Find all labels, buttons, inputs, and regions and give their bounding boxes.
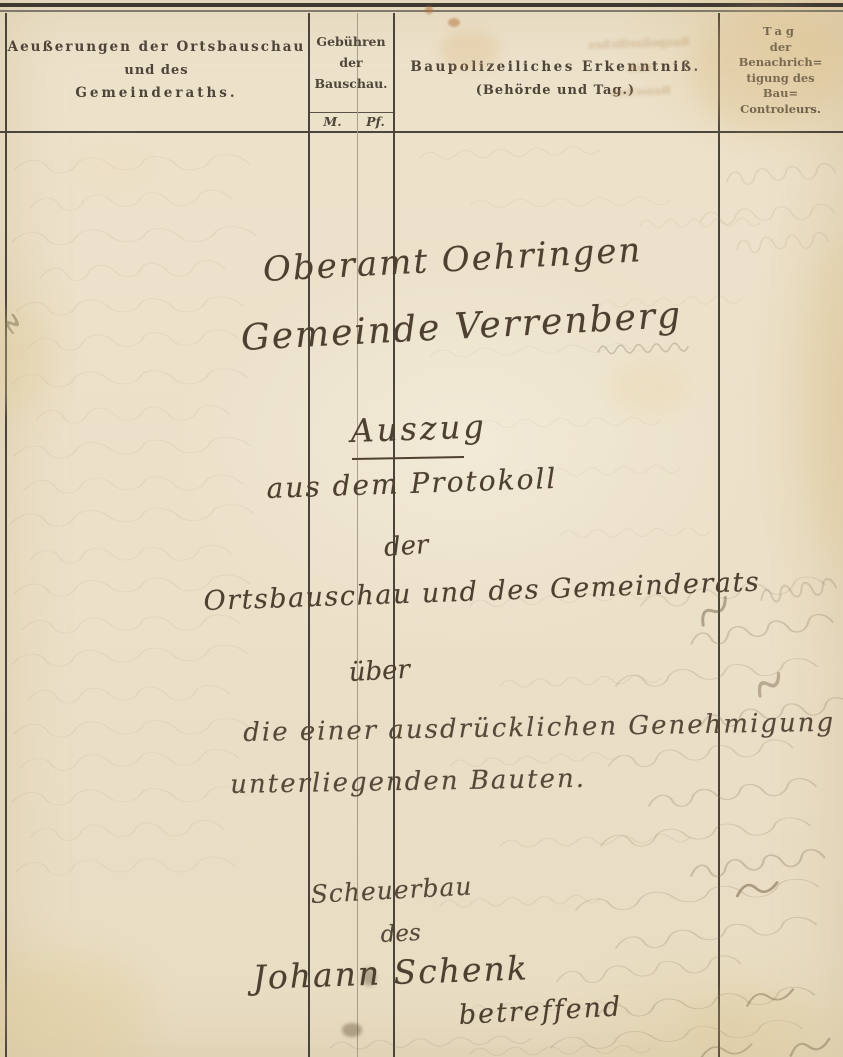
notification-header-line3: Benachrich=: [720, 55, 841, 71]
heading-underline: [352, 456, 464, 459]
notification-header-line5: Bau=: [720, 86, 841, 102]
fees-header-line3: Bauschau.: [308, 73, 394, 94]
fees-unit-mark: M.: [308, 114, 357, 129]
entry-case-line2: des: [380, 920, 421, 948]
notification-header-line6: Controleurs.: [720, 102, 841, 118]
scanned-form-page: Aeußerungen der Ortsbauschau und des Gem…: [0, 0, 843, 1057]
remarks-header-line3: Gemeinderaths.: [5, 82, 308, 105]
stain-mid-left: [70, 140, 160, 195]
entry-case-line3: Johann Schenk: [252, 948, 529, 997]
column-header-fees: Gebühren der Bauschau.: [308, 31, 394, 94]
fees-header-line2: der: [308, 52, 394, 73]
header-bottom-rule: [0, 131, 843, 133]
print-showthrough: Baupolizeiliches und Bauschau: [564, 29, 716, 106]
entry-case-line4: betreffend: [458, 991, 623, 1031]
left-border-line: [5, 13, 7, 1057]
entry-municipality: Gemeinde Verrenberg: [240, 295, 683, 359]
entry-source-line2: der: [383, 530, 429, 563]
rust-spot-large: [448, 18, 460, 27]
entry-heading: Auszug: [350, 407, 487, 450]
column-line-remarks-fees: [308, 13, 310, 1057]
remarks-header-line2: und des: [5, 59, 308, 82]
fees-unit-pfennig: Pf.: [357, 114, 394, 129]
top-rule-thick: [0, 3, 843, 7]
stain-bottom-left: [0, 960, 150, 1057]
entry-subject-line2: unterliegenden Bauten.: [230, 764, 586, 800]
notification-header-line4: tigung des: [720, 71, 841, 87]
notification-header-line2: der: [720, 40, 841, 56]
fees-header-line1: Gebühren: [308, 31, 394, 52]
entry-source-line3: Ortsbauschau und des Gemeinderats: [203, 567, 761, 617]
column-header-notification: Tag der Benachrich= tigung des Bau= Cont…: [720, 24, 841, 117]
column-header-remarks: Aeußerungen der Ortsbauschau und des Gem…: [5, 36, 308, 105]
column-line-verdict-notification: [718, 13, 720, 1057]
entry-case-line1: Scheuerbau: [310, 872, 473, 909]
entry-subject-line1: die einer ausdrücklichen Genehmigung: [243, 708, 835, 748]
stain-bottom-right: [690, 990, 820, 1057]
notification-header-line1: Tag: [720, 24, 841, 40]
remarks-header-line1: Aeußerungen der Ortsbauschau: [5, 36, 308, 59]
entry-source-line4: über: [348, 655, 411, 688]
entry-office: Oberamt Oehringen: [262, 230, 643, 290]
stain-right-edge: [800, 250, 843, 550]
stain-left-edge: [0, 310, 50, 410]
fees-subheader-rule: [308, 112, 394, 113]
ink-blot-below-name: [342, 1023, 362, 1037]
top-rule-thin: [0, 10, 843, 12]
stain-mid-right: [610, 360, 690, 415]
